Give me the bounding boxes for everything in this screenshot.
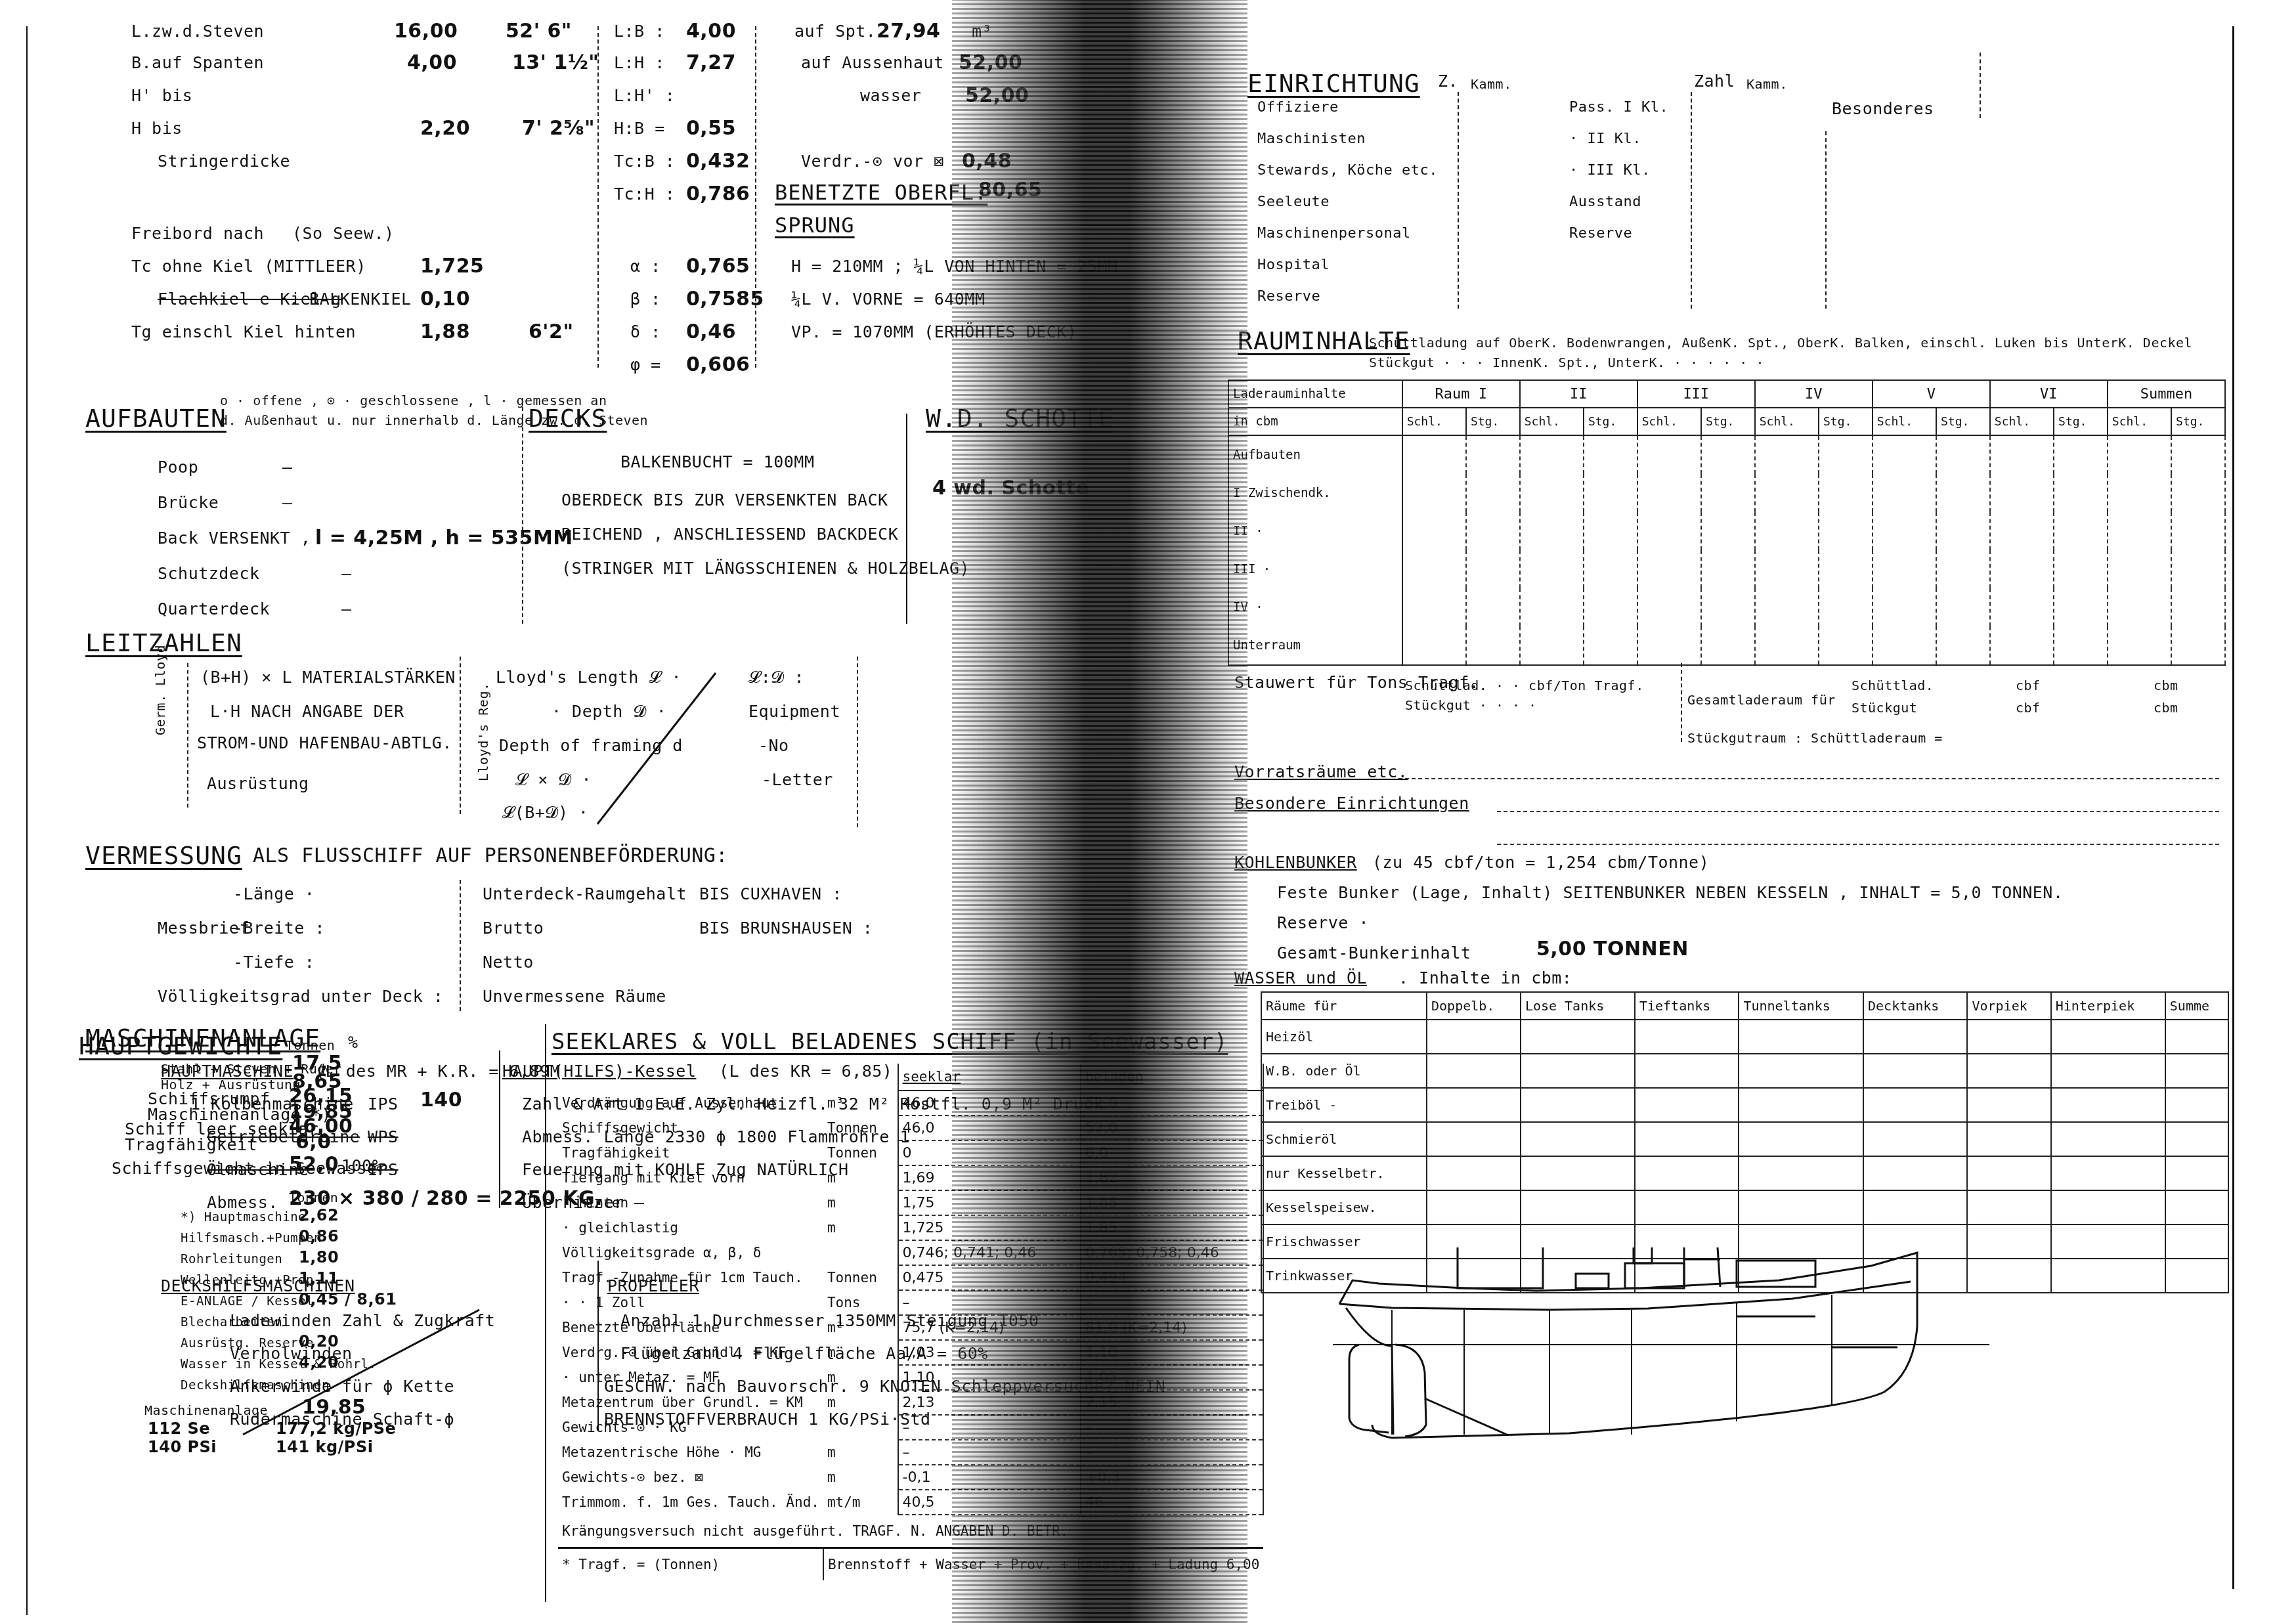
- disp-label: auf Spt.: [794, 22, 876, 41]
- tank-cell: [1967, 1190, 2050, 1224]
- cargo-cell: [2054, 435, 2108, 474]
- cargo-cell: [1637, 550, 1701, 588]
- cargo-cell: [1466, 588, 1520, 626]
- passenger-category: Pass. I Kl.: [1569, 98, 1668, 117]
- cargo-cell: [1520, 626, 1584, 665]
- ratio-label: Tc:H :: [614, 185, 675, 204]
- cargo-cell: [1819, 512, 1873, 550]
- tank-cell: [1635, 1088, 1739, 1122]
- sub-weight-value: 0,20: [299, 1332, 339, 1351]
- gl-line: L·H NACH ANGABE DER: [210, 703, 404, 721]
- cargo-cell: [2171, 588, 2225, 626]
- cargo-cell: [1466, 512, 1520, 550]
- row-unit: Tons: [823, 1290, 898, 1315]
- cargo-cell: [1873, 512, 1936, 550]
- tank-cell: [1521, 1156, 1635, 1190]
- cargo-cell: [1584, 588, 1637, 626]
- dim-imperial: 52' 6": [506, 22, 572, 41]
- ratio-label: δ :: [630, 323, 661, 341]
- row-label: Metazentrum über Grundl. = KM: [558, 1390, 823, 1415]
- gesamt-row-label: Stückgut: [1852, 699, 1917, 717]
- col-empty: [558, 1064, 823, 1091]
- tank-cell: [1635, 1190, 1739, 1224]
- tank-cell: [1863, 1088, 1967, 1122]
- kiel-value: 0,10: [420, 290, 470, 309]
- stauwert-row: Stückgut · · · ·: [1405, 696, 1537, 714]
- tank-cell: [1635, 1020, 1739, 1054]
- cargo-row: Unterraum: [1228, 626, 2225, 665]
- se-label: 112 Se: [148, 1419, 210, 1438]
- unit-label: in cbm: [1228, 408, 1402, 435]
- tank-cell: [1635, 1122, 1739, 1156]
- rauminhalte-line2: Stückgut · · · InnenK. Spt., UnterK. · ·…: [1369, 353, 1764, 372]
- sub-weight-label: Ausrüstg. Reserve: [181, 1334, 314, 1352]
- cargo-cell: [1701, 550, 1755, 588]
- tank-cell: [1635, 1156, 1739, 1190]
- row-unit: [823, 1415, 898, 1440]
- tank-cell: [1427, 1088, 1521, 1122]
- row-unit: mt/m: [823, 1490, 898, 1515]
- tank-row-label: Kesselspeisew.: [1261, 1190, 1427, 1224]
- cargo-cell: [1755, 474, 1819, 512]
- cargo-cell: [1755, 588, 1819, 626]
- ratios-divider-right: [755, 26, 756, 368]
- row-unit: m²: [823, 1315, 898, 1340]
- weight-value: 6,0: [295, 1133, 332, 1152]
- cargo-cell: [1819, 626, 1873, 665]
- cargo-table-head: LaderauminhalteRaum IIIIIIIVVVISummenin …: [1228, 380, 2225, 435]
- row-label: · hinten: [558, 1190, 823, 1215]
- tank-cell: [1427, 1054, 1521, 1088]
- tank-column-header: Hinterpiek: [2051, 992, 2165, 1020]
- freibord-note: (So Seew.): [292, 225, 395, 243]
- row-unit: m: [823, 1215, 898, 1240]
- strike-through-mark: [591, 670, 722, 827]
- sub-header: Schl.: [2108, 408, 2171, 435]
- row-label: Verdrg.-⊙ über Grundl. = KF: [558, 1340, 823, 1365]
- tank-cell: [2051, 1088, 2165, 1122]
- cargo-row-label: II ·: [1228, 512, 1402, 550]
- row-label: Gewichts-⊙ · KG: [558, 1415, 823, 1440]
- tank-row: Kesselspeisew.: [1261, 1190, 2228, 1224]
- tank-cell: [2051, 1156, 2165, 1190]
- cargo-row-label: I Zwischendk.: [1228, 474, 1402, 512]
- cargo-cell: [1402, 550, 1466, 588]
- verhaeltnis-label: Stückgutraum : Schüttladeraum =: [1687, 729, 1943, 747]
- sub-header: Schl.: [1402, 408, 1466, 435]
- cargo-row: III ·: [1228, 550, 2225, 588]
- tg-imperial: 6'2": [529, 323, 574, 341]
- tank-cell: [1521, 1190, 1635, 1224]
- dim-label: H' bis: [131, 87, 192, 105]
- tc-label: Tc ohne Kiel (MITTLEER): [131, 257, 366, 276]
- cargo-cell: [1520, 474, 1584, 512]
- tank-cell: [2165, 1156, 2228, 1190]
- cargo-cell: [1755, 435, 1819, 474]
- tank-cell: [1427, 1122, 1521, 1156]
- gesamt-row-u2: cbm: [2154, 699, 2178, 717]
- passenger-category: · II Kl.: [1569, 130, 1641, 148]
- tank-column-header: Räume für: [1261, 992, 1427, 1020]
- dim-metric: 4,00: [407, 54, 457, 72]
- masch-total-label: Maschinenanlage: [144, 1401, 268, 1419]
- cargo-row-label: III ·: [1228, 550, 1402, 588]
- row-unit: m: [823, 1340, 898, 1365]
- disp-label: auf Aussenhaut: [801, 54, 944, 72]
- equipment-line: Equipment: [748, 703, 840, 721]
- tank-cell: [1967, 1020, 2050, 1054]
- scan-fold-shadow: [952, 0, 1247, 1623]
- tank-cell: [1863, 1190, 1967, 1224]
- cargo-cell: [1520, 550, 1584, 588]
- row-label: · gleichlastig: [558, 1215, 823, 1240]
- tank-cell: [2165, 1190, 2228, 1224]
- aufbau-value: l = 4,25M , h = 535MM: [315, 529, 573, 548]
- sub-header: Schl.: [1873, 408, 1936, 435]
- cargo-cell: [1990, 435, 2054, 474]
- cargo-cell: [1466, 550, 1520, 588]
- cargo-cell: [1873, 435, 1936, 474]
- sub-header: Schl.: [1520, 408, 1584, 435]
- sub-weight-value: 0,45 / 8,61: [299, 1290, 397, 1309]
- cargo-row: IV ·: [1228, 588, 2225, 626]
- cargo-cell: [2054, 512, 2108, 550]
- row-label: Gewichts-⊙ bez. ⊠: [558, 1465, 823, 1490]
- vermessung-subtitle: ALS FLUSSCHIFF AUF PERSONENBEFÖRDERUNG:: [253, 847, 728, 865]
- row-unit: Tonnen: [823, 1265, 898, 1290]
- vermessung-row: -Breite :: [233, 919, 325, 938]
- ratio-value: 0,432: [686, 152, 750, 171]
- masch-row-unit: IPS: [368, 1095, 399, 1114]
- cargo-cell: [1873, 588, 1936, 626]
- sub-weight-label: Wasser in Kessel & Rohrl.: [181, 1355, 376, 1374]
- gl-line: (B+H) × L MATERIALSTÄRKEN: [200, 668, 456, 687]
- cargo-table: LaderauminhalteRaum IIIIIIIVVVISummenin …: [1228, 379, 2226, 666]
- wasser-oel-title: WASSER und ÖL: [1234, 969, 1367, 987]
- ratio-label: β :: [630, 290, 661, 309]
- disp-value: 27,94: [877, 22, 940, 41]
- vermessung-divider: [460, 880, 461, 1011]
- vermessung-label: Netto: [483, 953, 534, 972]
- hauptgewichte-title: HAUPTGEWICHTE: [79, 1032, 282, 1060]
- sub-weight-value: 0,86: [299, 1227, 339, 1245]
- sub-header: Stg.: [1819, 408, 1873, 435]
- tank-row-label: nur Kesselbetr.: [1261, 1156, 1427, 1190]
- einrichtung-divider: [1458, 92, 1459, 309]
- cargo-cell: [1701, 474, 1755, 512]
- sub-weight-label: *) Hauptmaschine: [181, 1208, 306, 1226]
- tank-cell: [1863, 1020, 1967, 1054]
- cargo-cell: [1466, 435, 1520, 474]
- passenger-category: Reserve: [1569, 225, 1632, 243]
- sub-weight-label: Deckshilfsmaschinen: [181, 1376, 330, 1395]
- sub-weight-label: Rohrleitungen: [181, 1250, 282, 1268]
- aufbau-value: –: [282, 458, 293, 477]
- cargo-cell: [1637, 512, 1701, 550]
- weight-pct: 100%: [341, 1157, 382, 1175]
- cargo-cell: [2108, 626, 2171, 665]
- sub-header: Stg.: [1466, 408, 1520, 435]
- einrichtung-divider: [1691, 92, 1692, 309]
- row-label: Tiefgang mit Kiel vorn: [558, 1165, 823, 1190]
- aufbau-label: Brücke: [158, 494, 219, 512]
- kiel-label: . BALKENKIEL: [289, 290, 412, 309]
- weight-value: 52,0: [289, 1156, 339, 1174]
- cargo-cell: [2054, 588, 2108, 626]
- tank-cell: [1863, 1054, 1967, 1088]
- cargo-cell: [1990, 474, 2054, 512]
- dim-label: L.zw.d.Steven: [131, 22, 264, 41]
- stauwert-divider: [1681, 663, 1682, 742]
- tank-row-label: Treiböl -: [1261, 1088, 1427, 1122]
- gl-line: Ausrüstung: [207, 775, 309, 793]
- cargo-cell: [1936, 550, 1990, 588]
- passenger-category: · III Kl.: [1569, 162, 1651, 180]
- tank-column-header: Doppelb.: [1427, 992, 1521, 1020]
- decks-line: BALKENBUCHT = 100MM: [620, 453, 814, 471]
- dim-metric: 16,00: [394, 22, 458, 41]
- cargo-cell: [1990, 588, 2054, 626]
- room-header: IV: [1755, 380, 1873, 408]
- tank-cell: [1739, 1122, 1863, 1156]
- gesamt-row-u1: cbf: [2016, 699, 2041, 717]
- cargo-cell: [1637, 474, 1701, 512]
- col-zahl: Zahl: [1694, 72, 1735, 91]
- tank-cell: [2165, 1224, 2228, 1259]
- ratio-label: L:H' :: [614, 87, 675, 105]
- cargo-cell: [1819, 550, 1873, 588]
- gesamt-label: Gesamtladeraum für: [1687, 691, 1836, 709]
- cargo-cell: [1755, 512, 1819, 550]
- tank-cell: [1739, 1088, 1863, 1122]
- leitzahlen-divider: [460, 657, 461, 814]
- tank-cell: [1521, 1088, 1635, 1122]
- col-kamm: Kamm.: [1471, 75, 1512, 93]
- vorrat-line: [1398, 778, 2219, 779]
- masch-divider: [499, 1050, 500, 1208]
- tank-cell: [1739, 1020, 1863, 1054]
- sub-col-tonnen: Tonnen: [289, 1188, 338, 1207]
- decks-line: REICHEND , ANSCHLIESSEND BACKDECK: [561, 525, 898, 544]
- aufbau-label: Poop: [158, 458, 198, 477]
- sub-header: Stg.: [1936, 408, 1990, 435]
- cargo-cell: [1466, 474, 1520, 512]
- sprung-title: SPRUNG: [775, 211, 855, 239]
- vermessung-label: Unterdeck-Raumgehalt: [483, 885, 687, 903]
- cargo-cell: [1402, 435, 1466, 474]
- vermessung-title: VERMESSUNG: [85, 842, 242, 869]
- cargo-cell: [1936, 474, 1990, 512]
- row-label: · unter Metaz. = MF: [558, 1365, 823, 1390]
- vermessung-row: -Tiefe :: [233, 953, 314, 972]
- cargo-table-body: AufbautenI Zwischendk.II ·III ·IV ·Unter…: [1228, 435, 2225, 665]
- ratio-label: Tc:B :: [614, 152, 675, 171]
- col-z: Z.: [1438, 72, 1458, 91]
- ratio-value: 0,7585: [686, 290, 764, 309]
- row-unit: Tonnen: [823, 1115, 898, 1140]
- cargo-cell: [1637, 588, 1701, 626]
- disp-label: wasser: [860, 87, 921, 105]
- dim-label: H bis: [131, 119, 183, 138]
- tank-column-header: Tunneltanks: [1739, 992, 1863, 1020]
- vermessung-label: Unvermessene Räume: [483, 987, 666, 1006]
- ratio-value: 4,00: [686, 22, 736, 41]
- decks-divider: [906, 414, 907, 624]
- crew-category: Seeleute: [1257, 193, 1330, 211]
- aufbau-value: –: [341, 565, 352, 583]
- col-kamm2: Kamm.: [1746, 75, 1788, 93]
- ratio-label: H:B =: [614, 119, 665, 138]
- row-label: · · 1 Zoll: [558, 1290, 823, 1315]
- row-label: Benetzte Oberfläche: [558, 1315, 823, 1340]
- vorrat-label: Vorratsräume etc.: [1234, 763, 1408, 781]
- ratio-value: 7,27: [686, 54, 736, 72]
- sub-header: Stg.: [2054, 408, 2108, 435]
- sub-header: Stg.: [1584, 408, 1637, 435]
- row-label: Völligkeitsgrade α, β, δ: [558, 1240, 823, 1265]
- kohlenbunker-title: KOHLENBUNKER: [1234, 854, 1357, 872]
- tank-cell: [1739, 1190, 1863, 1224]
- row-label: Tragf.-Zunahme für 1cm Tauch.: [558, 1265, 823, 1290]
- cargo-cell: [1520, 435, 1584, 474]
- tank-column-header: Tieftanks: [1635, 992, 1739, 1020]
- cargo-cell: [1520, 512, 1584, 550]
- tank-cell: [2051, 1122, 2165, 1156]
- cargo-cell: [2054, 626, 2108, 665]
- se-value: 177,2 kg/PSe: [276, 1419, 396, 1438]
- tank-cell: [2051, 1020, 2165, 1054]
- dim-metric: 2,20: [420, 119, 470, 138]
- row-label: Metazentrische Höhe · MG: [558, 1440, 823, 1465]
- cargo-cell: [1701, 512, 1755, 550]
- sub-weight-value: 2,62: [299, 1206, 339, 1224]
- tank-cell: [2165, 1054, 2228, 1088]
- cargo-cell: [1990, 626, 2054, 665]
- row-unit: [823, 1240, 898, 1265]
- tank-cell: [2165, 1122, 2228, 1156]
- ship-profile-drawing: [1333, 1247, 2068, 1477]
- cargo-cell: [1936, 588, 1990, 626]
- row-unit: m³: [823, 1091, 898, 1115]
- cargo-row: Aufbauten: [1228, 435, 2225, 474]
- sub-weight-value: 4,20: [299, 1353, 339, 1372]
- cargo-cell: [2054, 474, 2108, 512]
- cargo-cell: [2108, 435, 2171, 474]
- besondere-line: [1497, 844, 2219, 845]
- seeklar-divider: [545, 1024, 546, 1602]
- cargo-cell: [1402, 512, 1466, 550]
- equipment-line: -Letter: [762, 771, 833, 789]
- gesamt-bunker-label: Gesamt-Bunkerinhalt: [1277, 944, 1471, 963]
- row-unit: m: [823, 1390, 898, 1415]
- equipment-line: 𝓛:𝓓 :: [748, 668, 804, 687]
- crew-category: Maschinisten: [1257, 130, 1366, 148]
- tank-column-header: Vorpiek: [1967, 992, 2050, 1020]
- rauminhalte-line1: Schüttladung auf OberK. Bodenwrangen, Au…: [1369, 334, 2192, 352]
- tank-row: W.B. oder Öl: [1261, 1054, 2228, 1088]
- room-header: III: [1637, 380, 1755, 408]
- cargo-cell: [1402, 626, 1466, 665]
- crew-category: Reserve: [1257, 288, 1320, 306]
- tank-cell: [1635, 1054, 1739, 1088]
- tg-value: 1,88: [420, 323, 470, 341]
- cargo-row-label: Aufbauten: [1228, 435, 1402, 474]
- gl-line: STROM-UND HAFENBAU-ABTLG.: [197, 734, 452, 752]
- kohlenbunker-note: (zu 45 cbf/ton = 1,254 cbm/Tonne): [1372, 854, 1709, 872]
- col-unit: [823, 1064, 898, 1091]
- vermessung-label: Brutto: [483, 919, 544, 938]
- einrichtung-divider: [1980, 53, 1981, 118]
- besonderes-label: Besonderes: [1832, 100, 1934, 118]
- germ-lloyd-label: Germ. Lloyd: [151, 645, 169, 735]
- cargo-cell: [1402, 474, 1466, 512]
- tank-cell: [1521, 1020, 1635, 1054]
- cargo-cell: [1819, 474, 1873, 512]
- tank-cell: [1967, 1088, 2050, 1122]
- decks-line: (STRINGER MIT LÄNGSSCHIENEN & HOLZBELAG): [561, 559, 970, 578]
- tank-cell: [2165, 1259, 2228, 1293]
- bunker-reserve: Reserve ·: [1277, 914, 1369, 932]
- ratio-value: 0,55: [686, 119, 736, 138]
- tank-cell: [1863, 1156, 1967, 1190]
- crew-category: Maschinenpersonal: [1257, 225, 1411, 243]
- room-header: VI: [1990, 380, 2108, 408]
- cargo-row: II ·: [1228, 512, 2225, 550]
- tank-row: Treiböl -: [1261, 1088, 2228, 1122]
- wasser-oel-header: Räume fürDoppelb.Lose TanksTieftanksTunn…: [1261, 992, 2228, 1020]
- cargo-cell: [2108, 588, 2171, 626]
- cargo-cell: [1873, 550, 1936, 588]
- feste-bunker: Feste Bunker (Lage, Inhalt) SEITENBUNKER…: [1277, 884, 2063, 902]
- row-label: Trimmom. f. 1m Ges. Tauch. Änd.: [558, 1490, 823, 1515]
- tank-cell: [2165, 1020, 2228, 1054]
- besondere-label: Besondere Einrichtungen: [1234, 794, 1469, 813]
- crew-category: Offiziere: [1257, 98, 1339, 117]
- aufbauten-divider: [522, 400, 523, 624]
- tank-cell: [2051, 1190, 2165, 1224]
- tank-row: Heizöl: [1261, 1020, 2228, 1054]
- room-header: V: [1873, 380, 1990, 408]
- cargo-cell: [1990, 512, 2054, 550]
- cargo-cell: [1520, 588, 1584, 626]
- tank-cell: [1739, 1054, 1863, 1088]
- cargo-cell: [1637, 626, 1701, 665]
- aufbau-label: Back VERSENKT ,: [158, 529, 311, 548]
- tank-column-header: Lose Tanks: [1521, 992, 1635, 1020]
- sub-weight-label: E-ANLAGE / Kessel: [181, 1292, 314, 1310]
- cargo-cell: [1584, 512, 1637, 550]
- cargo-cell: [1936, 435, 1990, 474]
- cargo-cell: [2171, 550, 2225, 588]
- row-unit: m: [823, 1190, 898, 1215]
- cargo-cell: [1819, 435, 1873, 474]
- equipment-line: -No: [758, 737, 789, 755]
- wasser-oel-note: . Inhalte in cbm:: [1398, 969, 1572, 987]
- cargo-cell: [1701, 435, 1755, 474]
- besondere-line: [1497, 811, 2219, 812]
- cargo-cell: [2054, 550, 2108, 588]
- tank-cell: [2165, 1088, 2228, 1122]
- cargo-cell: [2171, 474, 2225, 512]
- sub-header: Schl.: [1755, 408, 1819, 435]
- aufbauten-title: AUFBAUTEN: [85, 404, 227, 432]
- tank-cell: [1967, 1156, 2050, 1190]
- tank-cell: [1427, 1190, 1521, 1224]
- aufbau-label: Quarterdeck: [158, 600, 270, 618]
- weight-label: Tragfähigkeit: [125, 1136, 257, 1154]
- stauwert-row: Schüttlad. · · cbf/Ton Tragf.: [1405, 676, 1644, 695]
- tank-row-label: W.B. oder Öl: [1261, 1054, 1427, 1088]
